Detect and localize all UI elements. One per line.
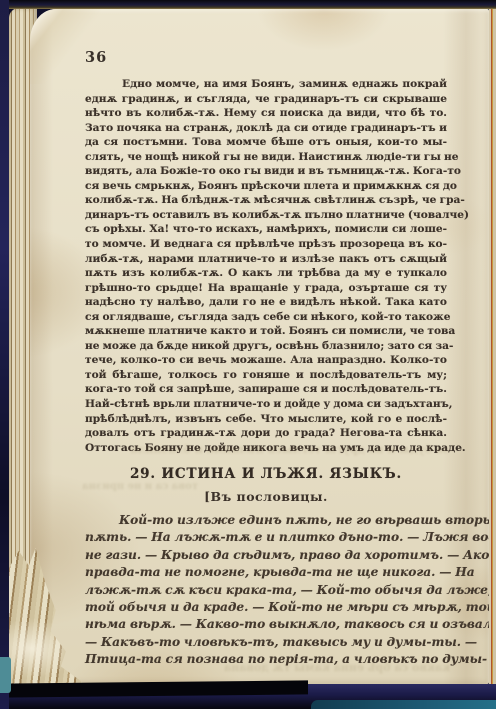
proverb-text-line: Кой-то излъже единъ пѫть, не го вѣрвашь … (85, 512, 447, 529)
page-fore-edge (489, 9, 496, 684)
cover-teal-strip (311, 700, 496, 709)
story-text-line: Едно момче, на имя Боянъ, заминѫ еднажь … (85, 77, 447, 92)
proverb-text-line: правда-та не помогне, крывда-та не ще ни… (85, 564, 447, 581)
binding-shadow-wedge (0, 680, 308, 697)
story-text-line: пѫть изъ колибѫ-тѫ. О какъ ли трѣбва да … (85, 266, 447, 281)
story-text-line: то момче. И веднага ся прѣвлѣче прѣзъ пр… (85, 237, 447, 252)
proverb-text-line: не гази. — Крыво да сѣдимъ, право да хор… (85, 547, 447, 564)
story-text-line: еднѫ градинѫ, и съгляда, че градинаръ-тъ… (85, 92, 447, 107)
story-text-line: слять, че нощѣ никой гы не види. Наистин… (85, 150, 447, 165)
story-text-line: не може да бѫде никой другъ, освѣнь блаз… (85, 339, 447, 354)
proverb-text-line: нѣма вѣрѫ. — Какво-то выкнѫло, таквось с… (85, 616, 447, 633)
section-subheading: [Въ пословицы. (85, 489, 447, 504)
story-text-line: видять, ала Божіе-то око гы види и въ ть… (85, 164, 447, 179)
story-text-line: динаръ-тъ оставилъ въ колибѫ-тѫ пълно пл… (85, 208, 447, 223)
story-text-line: ся вечь смрькнѫ, Боянъ прѣскочи плета и … (85, 179, 447, 194)
story-text-line: кога-то той ся запрѣше, запираше ся и по… (85, 382, 447, 397)
section-heading: 29. ИСТИНА И ЛЪЖЯ. ЯЗЫКЪ. (85, 466, 447, 482)
story-text-line: либѫ-тѫ, нарами платниче-то и излѣзе пак… (85, 252, 447, 267)
story-text-line: мѫкнеше платниче както и той. Боянъ си п… (85, 324, 447, 339)
proverb-text-line: пѫть. — На лъжѫ-тѫ е и плитко дъно-то. —… (85, 529, 447, 546)
story-text-line: той бѣгаше, толкось го гоняше и послѣдов… (85, 368, 447, 383)
story-text-line: колибѫ-тѫ. На блѣднѫ-тѫ мѣсячнѫ свѣтлинѫ… (85, 193, 447, 208)
story-paragraph: Едно момче, на имя Боянъ, заминѫ еднажь … (85, 77, 447, 455)
story-text-line: да ся постъмни. Това момче бѣше отъ оныя… (85, 135, 447, 150)
story-text-line: довалъ отъ градинѫ-тѫ дори до града? Нег… (85, 426, 447, 441)
binding-top-strip (0, 0, 496, 9)
book-page: 36 Едно момче, на имя Боянъ, заминѫ една… (30, 9, 489, 684)
binding-left-band (0, 0, 9, 709)
story-text-line: прѣблѣднѣлъ, извънъ себе. Что мыслите, к… (85, 412, 447, 427)
scanned-book-photo: 36 Едно момче, на имя Боянъ, заминѫ една… (0, 0, 496, 709)
story-text-line: Оттогась Бояну не дойде никога вечь на у… (85, 441, 447, 456)
story-text-line: грѣшно-то срьдце! На вращаніе у града, о… (85, 281, 447, 296)
story-text-line: Зато почяка на странѫ, доклѣ да си отиде… (85, 121, 447, 136)
proverbs-paragraph: Кой-то излъже единъ пѫть, не го вѣрвашь … (85, 512, 447, 669)
story-text-line: ся оглядваше, съгляда задъ себе си нѣког… (85, 310, 447, 325)
proverb-text-line: — Какъвъ-то чловѣкъ-тъ, таквысь му и дум… (85, 634, 447, 651)
story-text-line: съ орѣхы. Ха! что-то искахъ, намѣрихъ, п… (85, 222, 447, 237)
cover-teal-patch (0, 657, 11, 693)
proverb-text-line: Птица-та ся познава по перія-та, а чловѣ… (85, 651, 447, 668)
story-text-line: нѣчто въ колибѫ-тѫ. Нему ся поиска да ви… (85, 106, 447, 121)
story-text-line: тече, колко-то си вечь можаше. Ала напра… (85, 353, 447, 368)
page-corner-curl (30, 9, 125, 84)
story-text-line: надѣсно ту налѣво, дали го не е видѣлъ н… (85, 295, 447, 310)
page-number: 36 (85, 49, 107, 66)
story-text-line: Най-сѣтнѣ врьли платниче-то и дойде у до… (85, 397, 447, 412)
proverb-text-line: лъжѫ-тѫ сѫ къси крака-та, — Кой-то обычя… (85, 582, 447, 599)
proverb-text-line: той обычя и да краде. — Кой-то не мѣри с… (85, 599, 447, 616)
